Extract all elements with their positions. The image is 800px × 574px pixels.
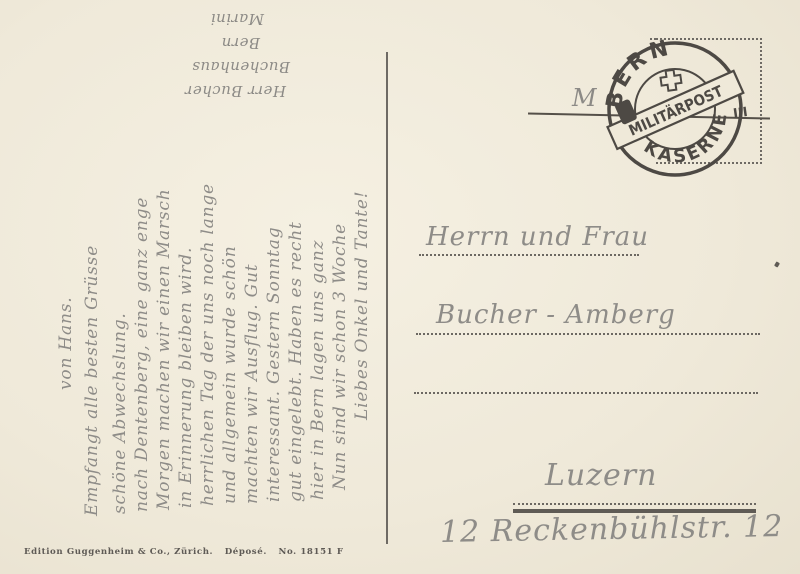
message-line: und allgemein wurde schön (220, 246, 240, 504)
message-line: Nun sind wir schon 3 Woche (330, 223, 350, 490)
address-line-1: Herrn und Frau (426, 222, 649, 252)
message-line: gut eingelebt. Haben es recht (286, 221, 306, 502)
publisher-imprint: Edition Guggenheim & Co., Zürich. Déposé… (24, 547, 352, 557)
publisher-name: Edition Guggenheim & Co., Zürich. (24, 547, 213, 557)
message-line: Liebes Onkel und Tante! (352, 191, 372, 420)
publisher-number: No. 18151 F (279, 547, 344, 557)
address-rule (419, 254, 639, 256)
message-line: herrlichen Tag der uns noch lange (198, 183, 218, 506)
sender-note: Herr Bucher Buchenhaus Bern Marini (200, 4, 290, 104)
address-line-2: Bucher - Amberg (436, 300, 676, 330)
address-street: 12 Reckenbühlstr. 12 (440, 509, 784, 550)
address-rule (414, 392, 758, 394)
ink-speck (774, 261, 780, 267)
sender-note-line: Buchenhaus (192, 58, 290, 76)
sender-note-line: Marini (210, 10, 264, 28)
address-rule (416, 333, 760, 335)
message-line: Morgen machen wir einen Marsch (154, 189, 174, 510)
address-city: Luzern (545, 458, 657, 493)
message-line: machten wir Ausflug. Gut (242, 264, 262, 504)
sender-note-line: Herr Bucher (185, 82, 286, 100)
message-line: Empfangt alle besten Grüsse (82, 245, 102, 516)
postcard: Herr Bucher Buchenhaus Bern Marini Liebe… (0, 0, 800, 574)
message-line: hier in Bern lagen uns ganz (308, 240, 328, 500)
publisher-depose: Déposé. (225, 547, 267, 557)
message-line: schöne Abwechslung. (110, 312, 130, 514)
message-line: interessant. Gestern Sonntag (264, 227, 284, 502)
postmark-side-mark: III (732, 105, 748, 122)
message-line: von Hans. (56, 297, 76, 390)
center-divider (386, 52, 388, 544)
sender-note-line: Bern (221, 34, 260, 52)
pencil-mark: M (572, 84, 597, 112)
message-line: nach Dentenberg, eine ganz enge (132, 197, 152, 512)
message-line: in Erinnerung bleiben wird. (176, 247, 196, 508)
postmark-icon: BERN KASERNE MILITÄRPOST III (600, 34, 750, 184)
address-rule (513, 503, 756, 505)
